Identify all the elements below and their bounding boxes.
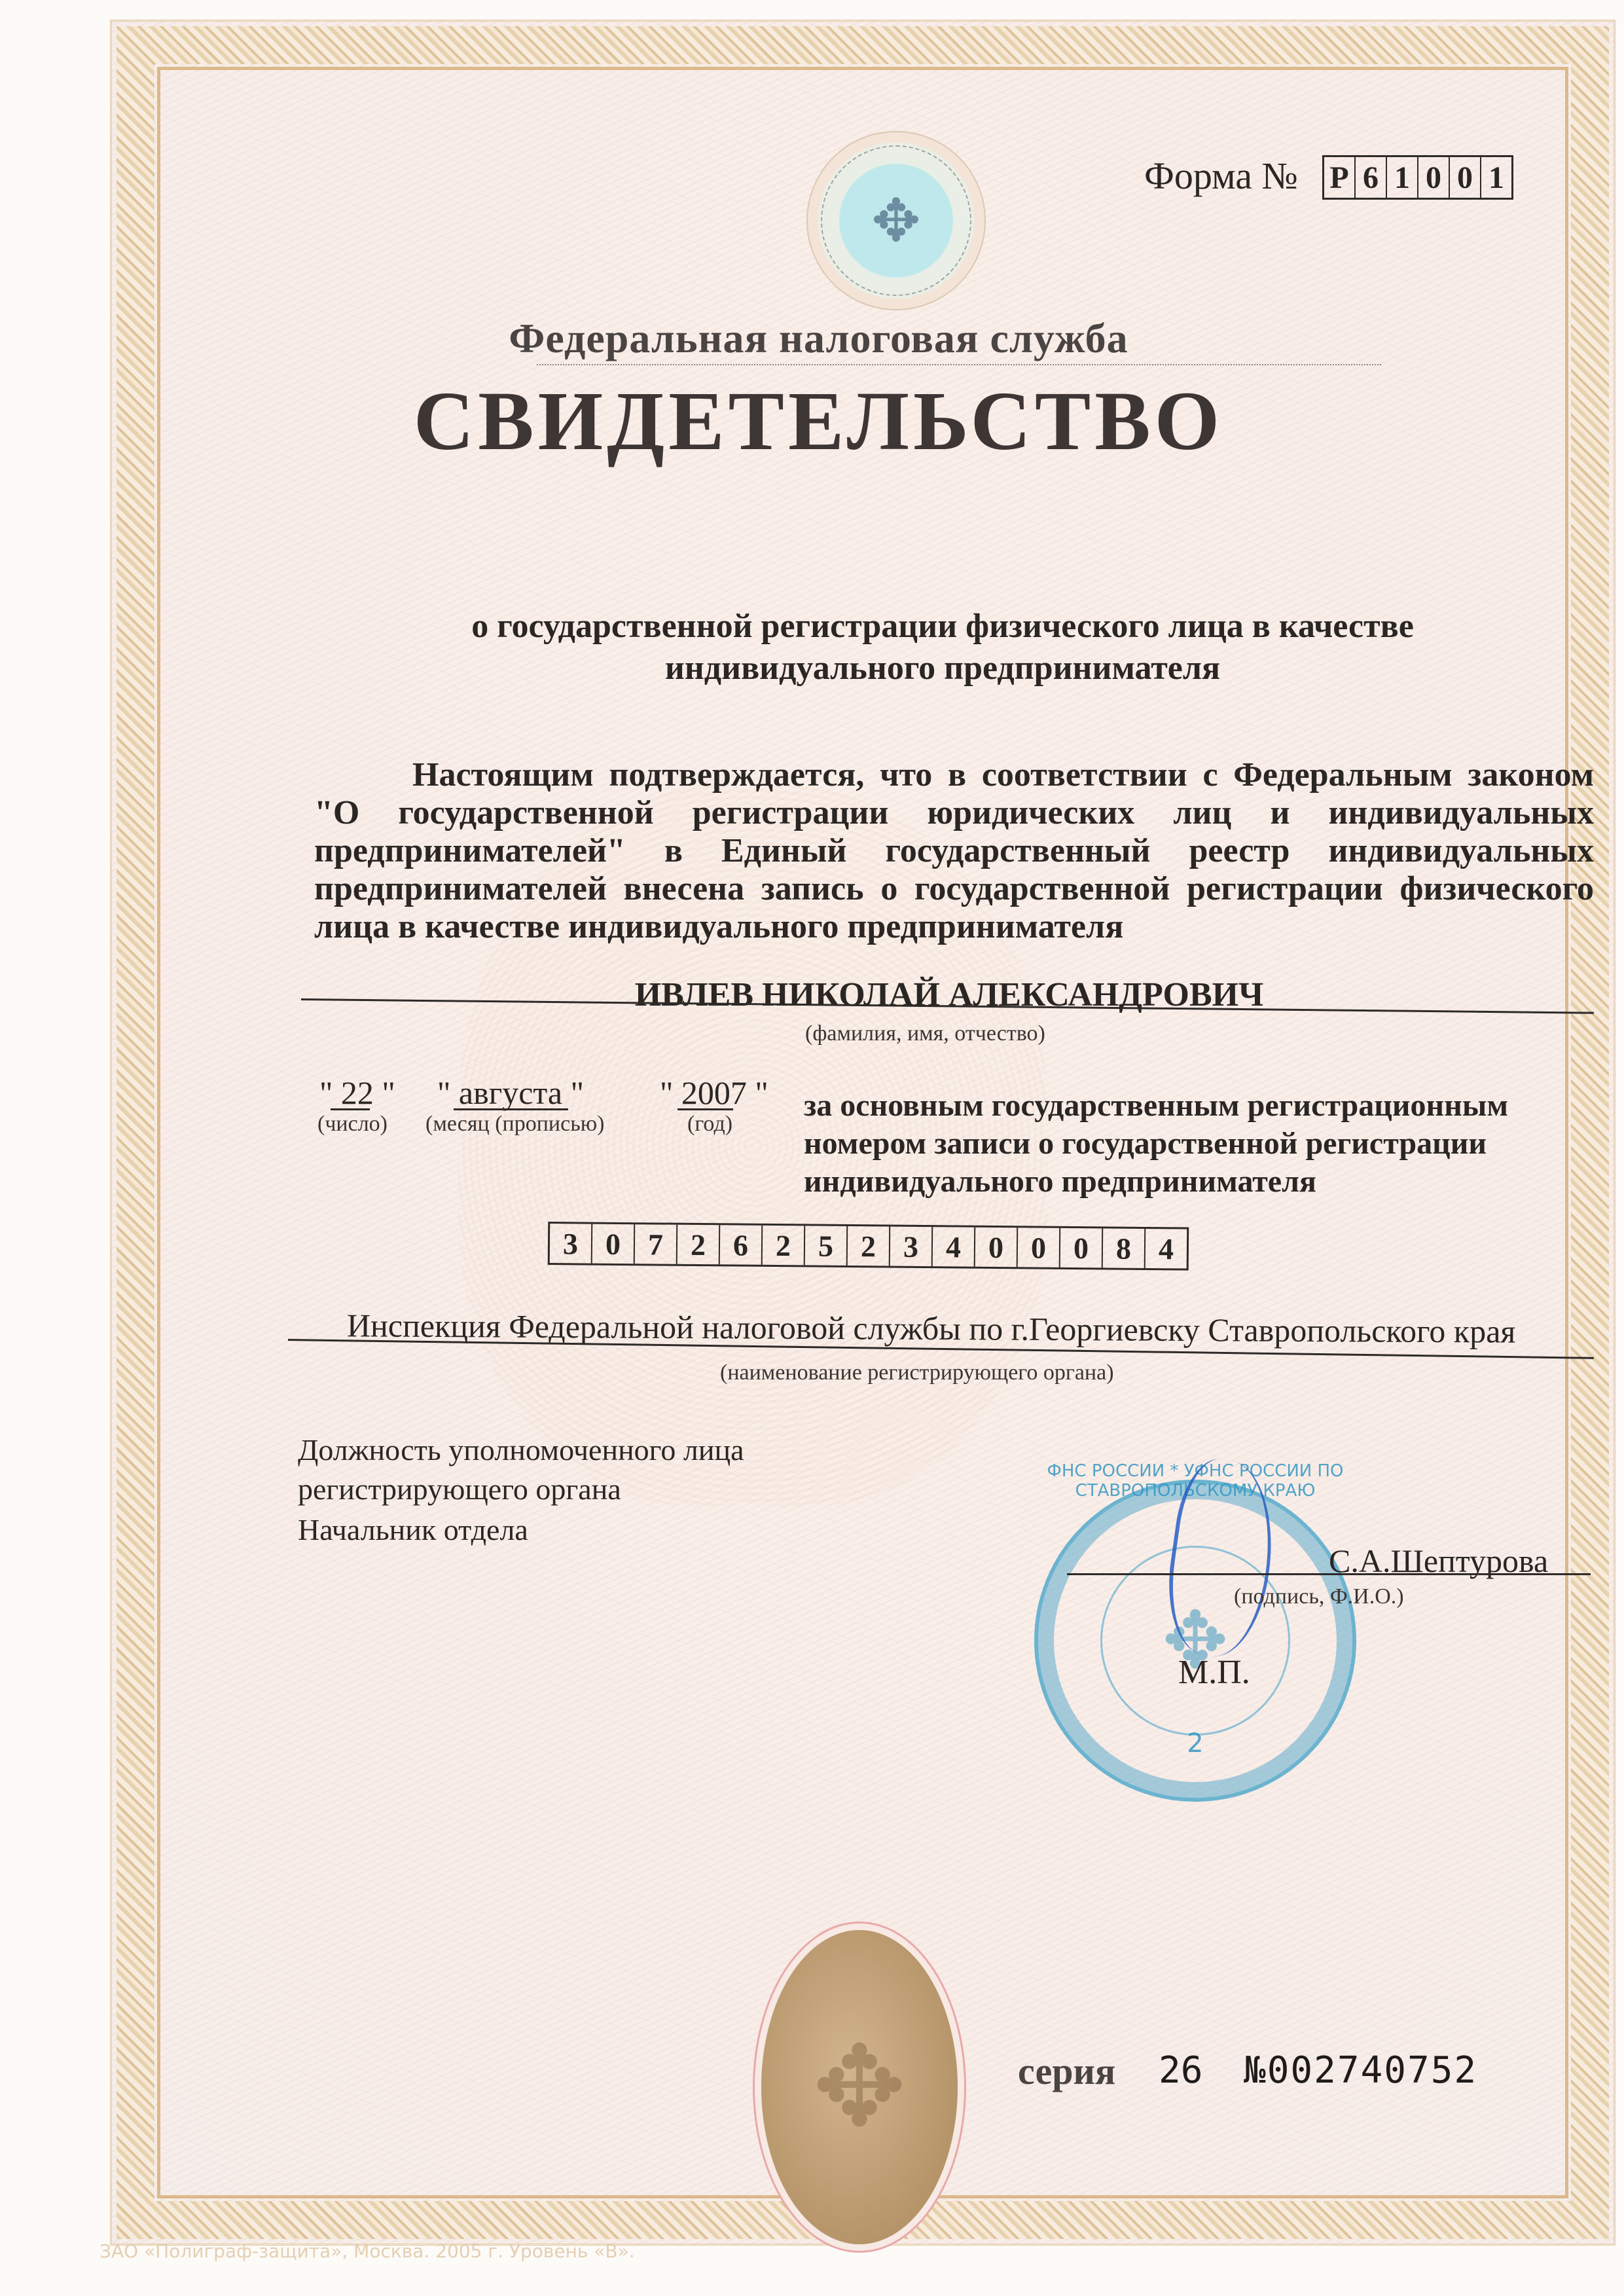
- day-underline: [331, 1108, 370, 1110]
- document-subtitle: о государственной регистрации физическог…: [367, 606, 1519, 689]
- document-title: СВИДЕТЕЛЬСТВО: [0, 373, 1624, 469]
- ogrn-digit-cell: 7: [635, 1224, 678, 1264]
- ogrn-digit-cell: 0: [592, 1224, 636, 1264]
- position-label-line1: Должность уполномоченного лица: [298, 1430, 744, 1470]
- ogrn-digit-cell: 4: [1146, 1229, 1187, 1269]
- ogrn-digit-cell: 0: [1060, 1228, 1104, 1268]
- hologram-ring: [821, 145, 971, 296]
- ogrn-digit-cell: 6: [720, 1225, 763, 1265]
- position-value: Начальник отдела: [298, 1512, 528, 1547]
- series-label: серия: [1018, 2049, 1115, 2093]
- ogrn-caption: за основным государственным регистрацион…: [804, 1087, 1589, 1201]
- ogrn-digit-cell: 8: [1103, 1228, 1146, 1268]
- registration-month: " августа ": [437, 1074, 584, 1112]
- registration-day: " 22 ": [319, 1074, 395, 1112]
- year-hint: (год): [687, 1112, 732, 1137]
- position-label: Должность уполномоченного лица регистрир…: [298, 1430, 744, 1509]
- ogrn-digit-cell: 3: [550, 1224, 593, 1264]
- embossed-eagle-icon: ✥: [761, 1930, 958, 2244]
- agency-name: Федеральная налоговая служба: [0, 314, 1624, 363]
- ogrn-digit-cell: 3: [890, 1227, 933, 1267]
- ogrn-digit-cell: 4: [933, 1227, 976, 1267]
- stamp-number: 2: [1038, 1728, 1352, 1758]
- agency-divider: [537, 364, 1381, 365]
- printer-imprint: ЗАО «Полиграф-защита», Москва. 2005 г. У…: [99, 2240, 635, 2262]
- form-code-cell: 0: [1418, 157, 1450, 198]
- form-code-cell: 6: [1356, 157, 1387, 198]
- series-value: 26: [1159, 2049, 1202, 2092]
- authority-hint: (наименование регистрирующего органа): [720, 1360, 1114, 1385]
- position-label-line2: регистрирующего органа: [298, 1470, 744, 1509]
- form-code-cell: Р: [1324, 157, 1356, 198]
- serial-number: №002740752: [1244, 2049, 1477, 2092]
- form-code-cell: 1: [1481, 157, 1511, 198]
- ogrn-digit-cell: 2: [763, 1226, 806, 1266]
- form-number-cells: Р61001: [1322, 155, 1513, 200]
- embossed-wafer-seal: ✥: [761, 1930, 958, 2244]
- month-underline: [454, 1108, 568, 1110]
- ogrn-digit-cell: 2: [677, 1225, 721, 1265]
- ogrn-number-cells: 307262523400084: [548, 1222, 1189, 1271]
- signature-underline: [1067, 1573, 1591, 1575]
- day-hint: (число): [317, 1112, 388, 1137]
- hologram-seal: ✥: [806, 131, 986, 310]
- statement-paragraph: Настоящим подтверждается, что в соответс…: [314, 756, 1594, 946]
- form-code-cell: 1: [1387, 157, 1418, 198]
- year-underline: [677, 1108, 733, 1110]
- registration-year: " 2007 ": [660, 1074, 768, 1112]
- seal-place-mark: М.П.: [1178, 1653, 1250, 1692]
- month-hint: (месяц (прописью): [425, 1112, 604, 1137]
- ogrn-digit-cell: 2: [848, 1226, 891, 1266]
- signature-hint: (подпись, Ф.И.О.): [1234, 1584, 1404, 1609]
- name-hint: (фамилия, имя, отчество): [805, 1021, 1045, 1046]
- ogrn-digit-cell: 0: [975, 1228, 1019, 1267]
- ogrn-digit-cell: 0: [1018, 1228, 1061, 1267]
- person-full-name: ИВЛЕВ НИКОЛАЙ АЛЕКСАНДРОВИЧ: [301, 975, 1597, 1014]
- ogrn-digit-cell: 5: [805, 1226, 848, 1266]
- form-code-cell: 0: [1450, 157, 1481, 198]
- form-number-label: Форма №: [1144, 154, 1298, 198]
